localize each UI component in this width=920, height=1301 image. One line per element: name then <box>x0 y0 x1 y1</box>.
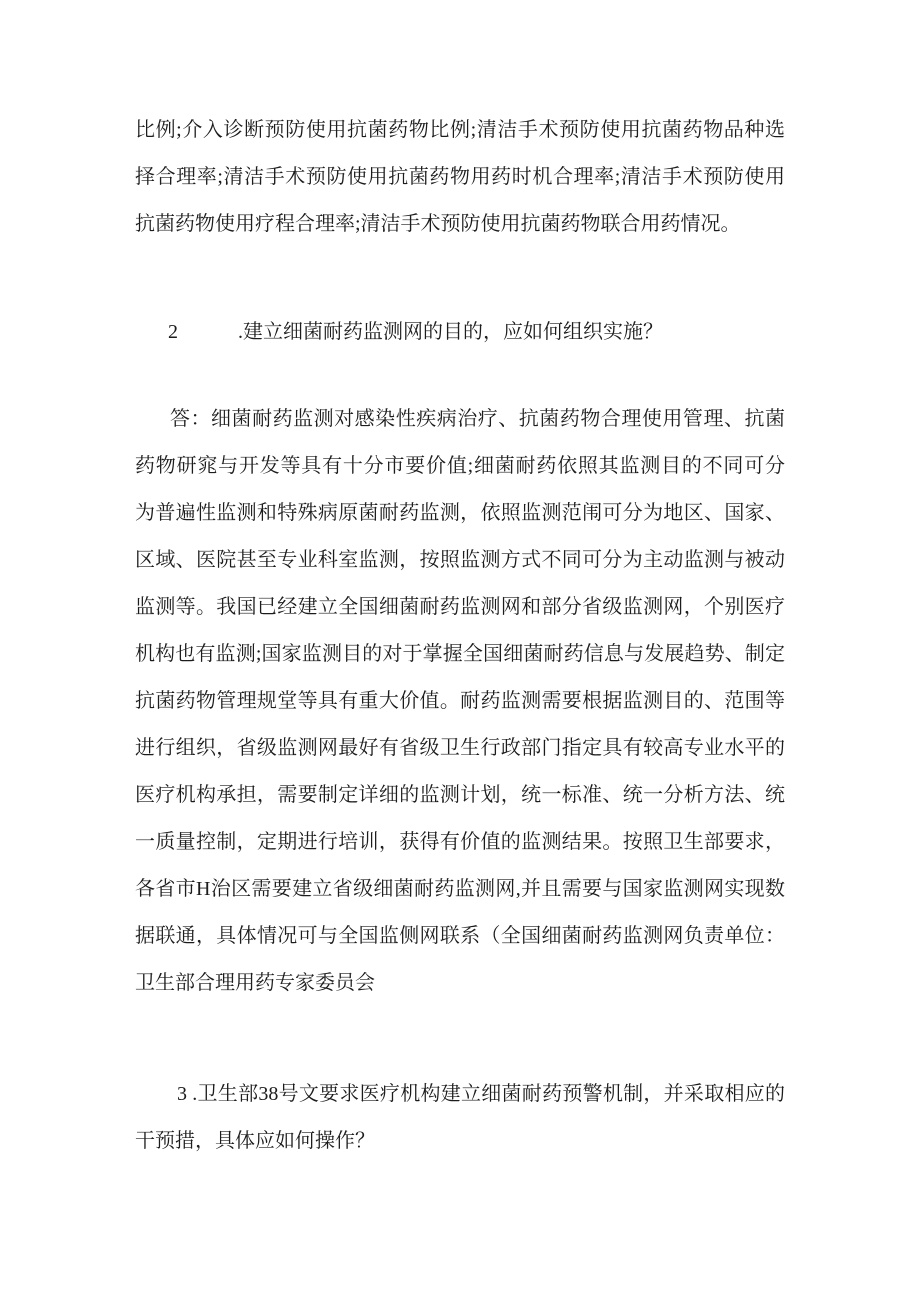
text-line-question-3-1: 3 .卫生部38号文要求医疗机构建立细菌耐药预警机制，并采取相应的 <box>135 1071 785 1118</box>
text-line-question-2: 2 .建立细菌耐药监测网的目的，应如何组织实施？ <box>135 309 785 356</box>
text-block: 比例;介入诊断预防使用抗菌药物比例;清洁手术预防使用抗菌药物品种选 择合理率;清… <box>135 107 785 1165</box>
document-page: 比例;介入诊断预防使用抗菌药物比例;清洁手术预防使用抗菌药物品种选 择合理率;清… <box>0 0 920 1301</box>
text-line-answer2-7: 抗菌药物管理规堂等具有重大价值。耐药监测需要根据监测目的、范围等 <box>135 678 785 725</box>
question-2-heading: 2 .建立细菌耐药监测网的目的，应如何组织实施？ <box>135 309 785 356</box>
text-line-answer2-11: 各省市H治区需要建立省级细菌耐药监测网,并且需要与国家监测网实现数 <box>135 866 785 913</box>
question-3-heading: 3 .卫生部38号文要求医疗机构建立细菌耐药预警机制，并采取相应的 干预措，具体… <box>135 1071 785 1165</box>
text-line-answer2-4: 区域、医院甚至专业科室监测，按照监测方式不同可分为主动监测与被动 <box>135 537 785 584</box>
text-line-answer2-12: 据联通，具体情况可与全国监侧网联系（全国细菌耐药监测网负责单位： <box>135 913 785 960</box>
text-line-answer2-9: 医疗机构承担，需要制定详细的监测计划，统一标准、统一分析方法、统 <box>135 772 785 819</box>
answer-2-paragraph: 答：细菌耐药监测对感染性疾病治疗、抗菌药物合理使用管理、抗菌 药物研窕与开发等具… <box>135 396 785 1007</box>
paragraph-indicators-continuation: 比例;介入诊断预防使用抗菌药物比例;清洁手术预防使用抗菌药物品种选 择合理率;清… <box>135 107 785 248</box>
text-line-answer2-5: 监测等。我国已经建立全国细菌耐药监测网和部分省级监测网，个别医疗 <box>135 584 785 631</box>
text-line-answer2-10: 一质量控制，定期进行培训，获得有价值的监测结果。按照卫生部要求， <box>135 819 785 866</box>
text-line-answer2-1: 答：细菌耐药监测对感染性疾病治疗、抗菌药物合理使用管理、抗菌 <box>135 396 785 443</box>
text-line-indicators-3: 抗菌药物使用疗程合理率;清洁手术预防使用抗菌药物联合用药情况。 <box>135 201 785 248</box>
text-line-indicators-1: 比例;介入诊断预防使用抗菌药物比例;清洁手术预防使用抗菌药物品种选 <box>135 107 785 154</box>
text-line-indicators-2: 择合理率;清洁手术预防使用抗菌药物用药时机合理率;清洁手术预防使用 <box>135 154 785 201</box>
text-line-question-3-2: 干预措，具体应如何操作？ <box>135 1118 785 1165</box>
text-line-answer2-13: 卫生部合理用药专家委员会 <box>135 960 785 1007</box>
text-line-answer2-2: 药物研窕与开发等具有十分市要价值;细菌耐药依照其监测目的不同可分 <box>135 443 785 490</box>
text-line-answer2-6: 机构也有监测;国家监测目的对于掌握全国细菌耐药信息与发展趋势、制定 <box>135 631 785 678</box>
text-line-answer2-3: 为普遍性监测和特殊病原菌耐药监测，依照监测范闱可分为地区、国家、 <box>135 490 785 537</box>
text-line-answer2-8: 进行组织，省级监测网最好有省级卫生行政部门指定具有较高专业水平的 <box>135 725 785 772</box>
